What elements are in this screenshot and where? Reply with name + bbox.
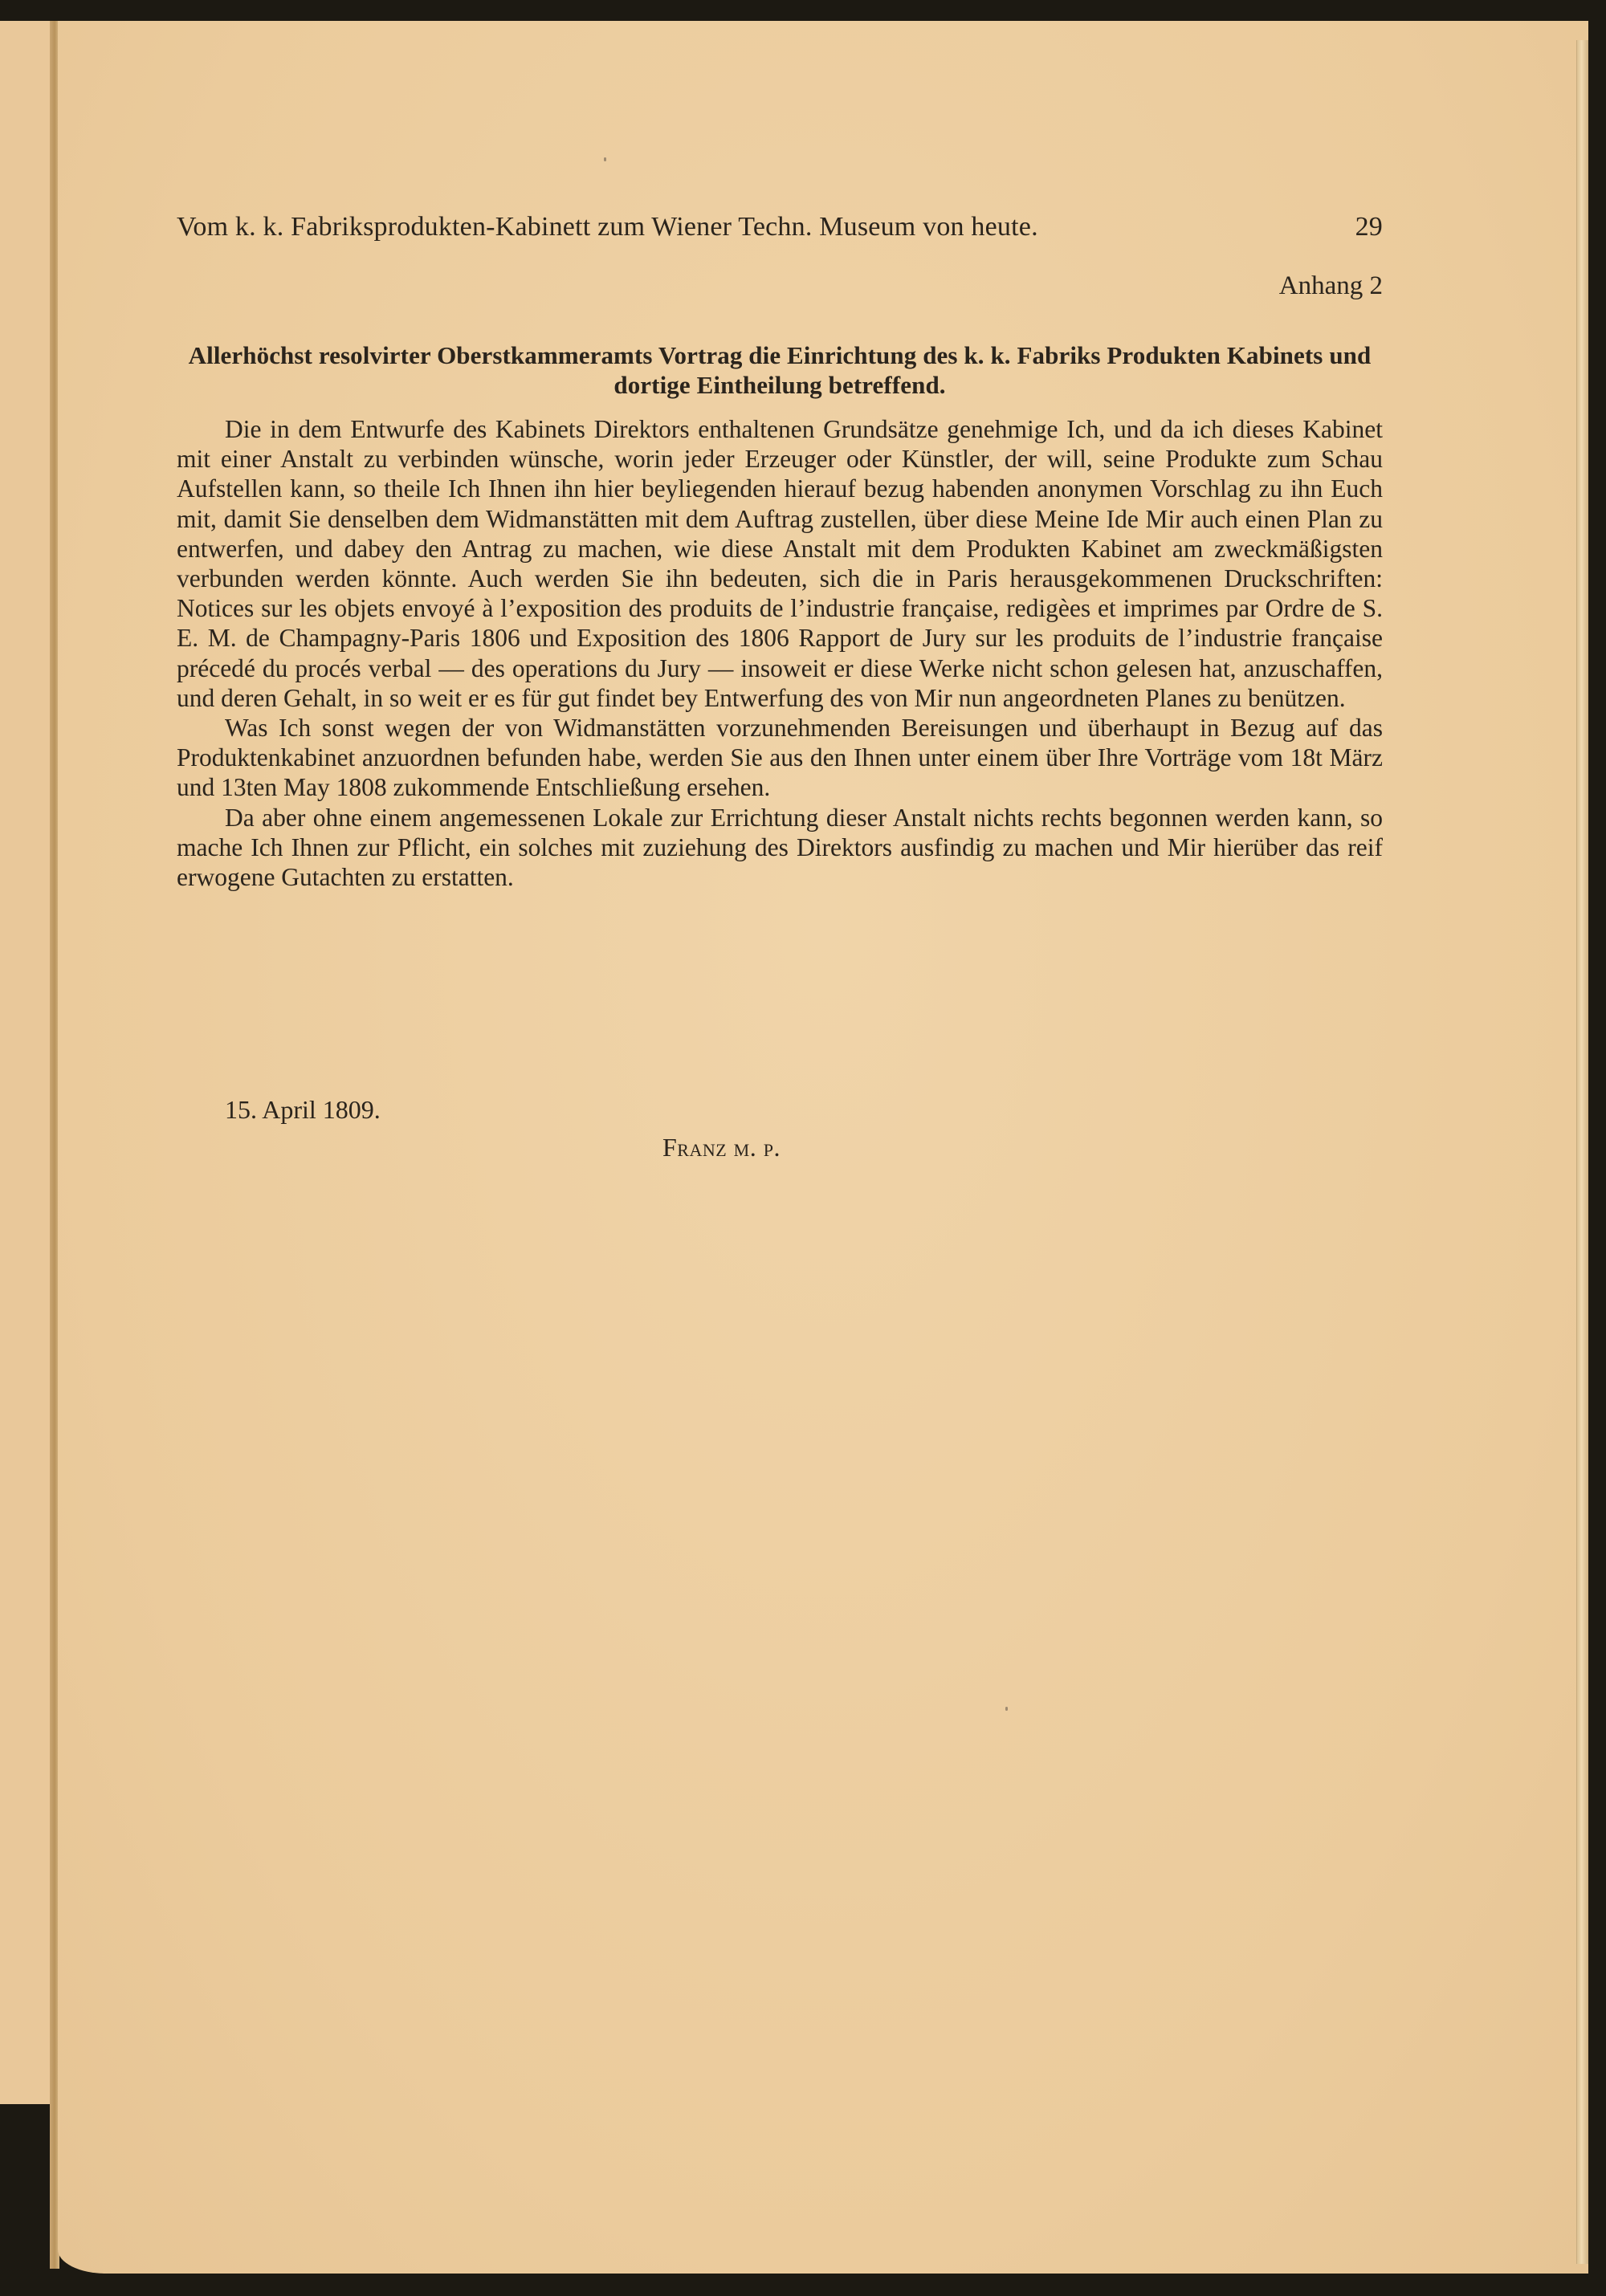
signature: Franz m. p.: [662, 1133, 781, 1162]
paragraph: Was Ich sonst wegen der von Widmanstätte…: [177, 713, 1383, 803]
date-line: 15. April 1809.: [225, 1095, 381, 1125]
facing-page-edge: [0, 21, 51, 2104]
body-text: Die in dem Entwurfe des Kabinets Direkto…: [177, 414, 1383, 892]
page-stack-edge: [1576, 40, 1588, 2264]
running-head-title: Vom k. k. Fabriksprodukten-Kabinett zum …: [177, 212, 1038, 242]
paper-speck: [604, 157, 606, 161]
page-number: 29: [1355, 212, 1383, 242]
paragraph: Die in dem Entwurfe des Kabinets Direkto…: [177, 414, 1383, 713]
paragraph: Da aber ohne einem angemessenen Lokale z…: [177, 803, 1383, 893]
paper-speck: [1005, 1707, 1008, 1711]
appendix-label: Anhang 2: [1279, 271, 1383, 301]
running-head: Vom k. k. Fabriksprodukten-Kabinett zum …: [177, 212, 1383, 242]
document-title: Allerhöchst resolvirter Oberstkammeramts…: [177, 340, 1383, 400]
book-page: Vom k. k. Fabriksprodukten-Kabinett zum …: [58, 21, 1588, 2274]
